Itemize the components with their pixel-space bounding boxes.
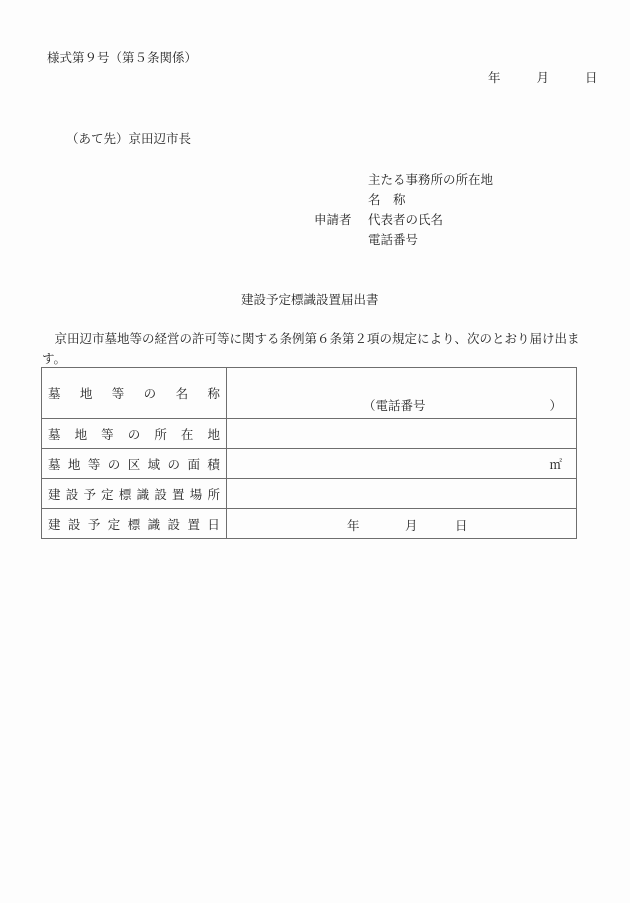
label-char: 定 [108, 515, 121, 533]
date-day: 日 [585, 68, 598, 86]
label-char: 墓 [48, 455, 61, 473]
label-char: 予 [83, 485, 96, 503]
label-char: の [168, 455, 181, 473]
label-cemetery-area: 墓地等の区域の面積 [42, 449, 227, 479]
label-char: 場 [190, 485, 203, 503]
label-char: 設 [154, 485, 167, 503]
label-char: 置 [187, 515, 200, 533]
sign-date-year: 年 [347, 516, 360, 534]
label-char: 日 [207, 515, 220, 533]
label-char: 等 [88, 455, 101, 473]
table-row-cemetery-area: 墓地等の区域の面積 ㎡ [42, 449, 577, 479]
label-char: 積 [207, 455, 220, 473]
label-char: 域 [148, 455, 161, 473]
label-cemetery-name: 墓地等の名称 [42, 368, 227, 419]
phone-close-paren: ） [549, 396, 562, 414]
applicant-address-label: 主たる事務所の所在地 [368, 170, 493, 188]
label-char: 地 [207, 425, 220, 443]
label-sign-location: 建設予定標識設置場所 [42, 479, 227, 509]
label-char: 区 [128, 455, 141, 473]
date-month: 月 [536, 68, 549, 86]
applicant-representative-label: 代表者の氏名 [368, 210, 443, 228]
label-char: 設 [168, 515, 181, 533]
label-sign-date: 建設予定標識設置日 [42, 509, 227, 539]
label-char: 面 [187, 455, 200, 473]
label-char: 在 [181, 425, 194, 443]
sign-date-month: 月 [405, 516, 418, 534]
label-char: 設 [66, 485, 79, 503]
label-char: 識 [148, 515, 161, 533]
label-char: 建 [48, 515, 61, 533]
label-char: 所 [207, 485, 220, 503]
label-char: 等 [112, 384, 125, 402]
addressee: （あて先）京田辺市長 [66, 129, 191, 147]
sign-date-field[interactable]: 年 月 日 [227, 509, 577, 539]
form-number: 様式第９号（第５条関係） [47, 48, 197, 66]
label-char: 建 [48, 485, 61, 503]
cemetery-area-field[interactable]: ㎡ [227, 449, 577, 479]
label-char: 標 [119, 485, 132, 503]
table-row-sign-date: 建設予定標識設置日 年 月 日 [42, 509, 577, 539]
label-char: 識 [137, 485, 150, 503]
table-row-cemetery-name: 墓地等の名称 （電話番号 ） [42, 368, 577, 419]
table-row-sign-location: 建設予定標識設置場所 [42, 479, 577, 509]
label-char: 所 [154, 425, 167, 443]
label-char: 地 [68, 455, 81, 473]
label-char: 設 [68, 515, 81, 533]
label-char: 地 [75, 425, 88, 443]
sign-date-day: 日 [455, 516, 468, 534]
label-char: の [144, 384, 157, 402]
applicant-phone-label: 電話番号 [368, 230, 418, 248]
sign-location-field[interactable] [227, 479, 577, 509]
applicant-label: 申請者 [314, 210, 352, 228]
cemetery-name-field[interactable]: （電話番号 ） [227, 368, 577, 419]
label-char: 定 [101, 485, 114, 503]
area-unit: ㎡ [549, 457, 562, 472]
label-char: の [128, 425, 141, 443]
label-char: 標 [128, 515, 141, 533]
table-row-cemetery-location: 墓地等の所在地 [42, 419, 577, 449]
document-title: 建設予定標識設置届出書 [241, 290, 379, 308]
phone-open-label: （電話番号 [363, 396, 426, 414]
label-cemetery-location: 墓地等の所在地 [42, 419, 227, 449]
applicant-name-label: 名 称 [368, 190, 406, 208]
submission-date: 年 月 日 [488, 68, 597, 86]
label-char: 地 [80, 384, 93, 402]
label-char: 墓 [48, 384, 61, 402]
label-char: 置 [172, 485, 185, 503]
label-char: 予 [88, 515, 101, 533]
label-char: の [108, 455, 121, 473]
info-table: 墓地等の名称 （電話番号 ） 墓地等の所在地 墓地等の区域の面積 ㎡ 建設予定標… [41, 367, 577, 539]
body-text: 京田辺市墓地等の経営の許可等に関する条例第６条第２項の規定により、次のとおり届け… [42, 329, 582, 369]
label-char: 等 [101, 425, 114, 443]
label-char: 墓 [48, 425, 61, 443]
cemetery-location-field[interactable] [227, 419, 577, 449]
label-char: 称 [207, 384, 220, 402]
date-year: 年 [488, 68, 501, 86]
label-char: 名 [176, 384, 189, 402]
